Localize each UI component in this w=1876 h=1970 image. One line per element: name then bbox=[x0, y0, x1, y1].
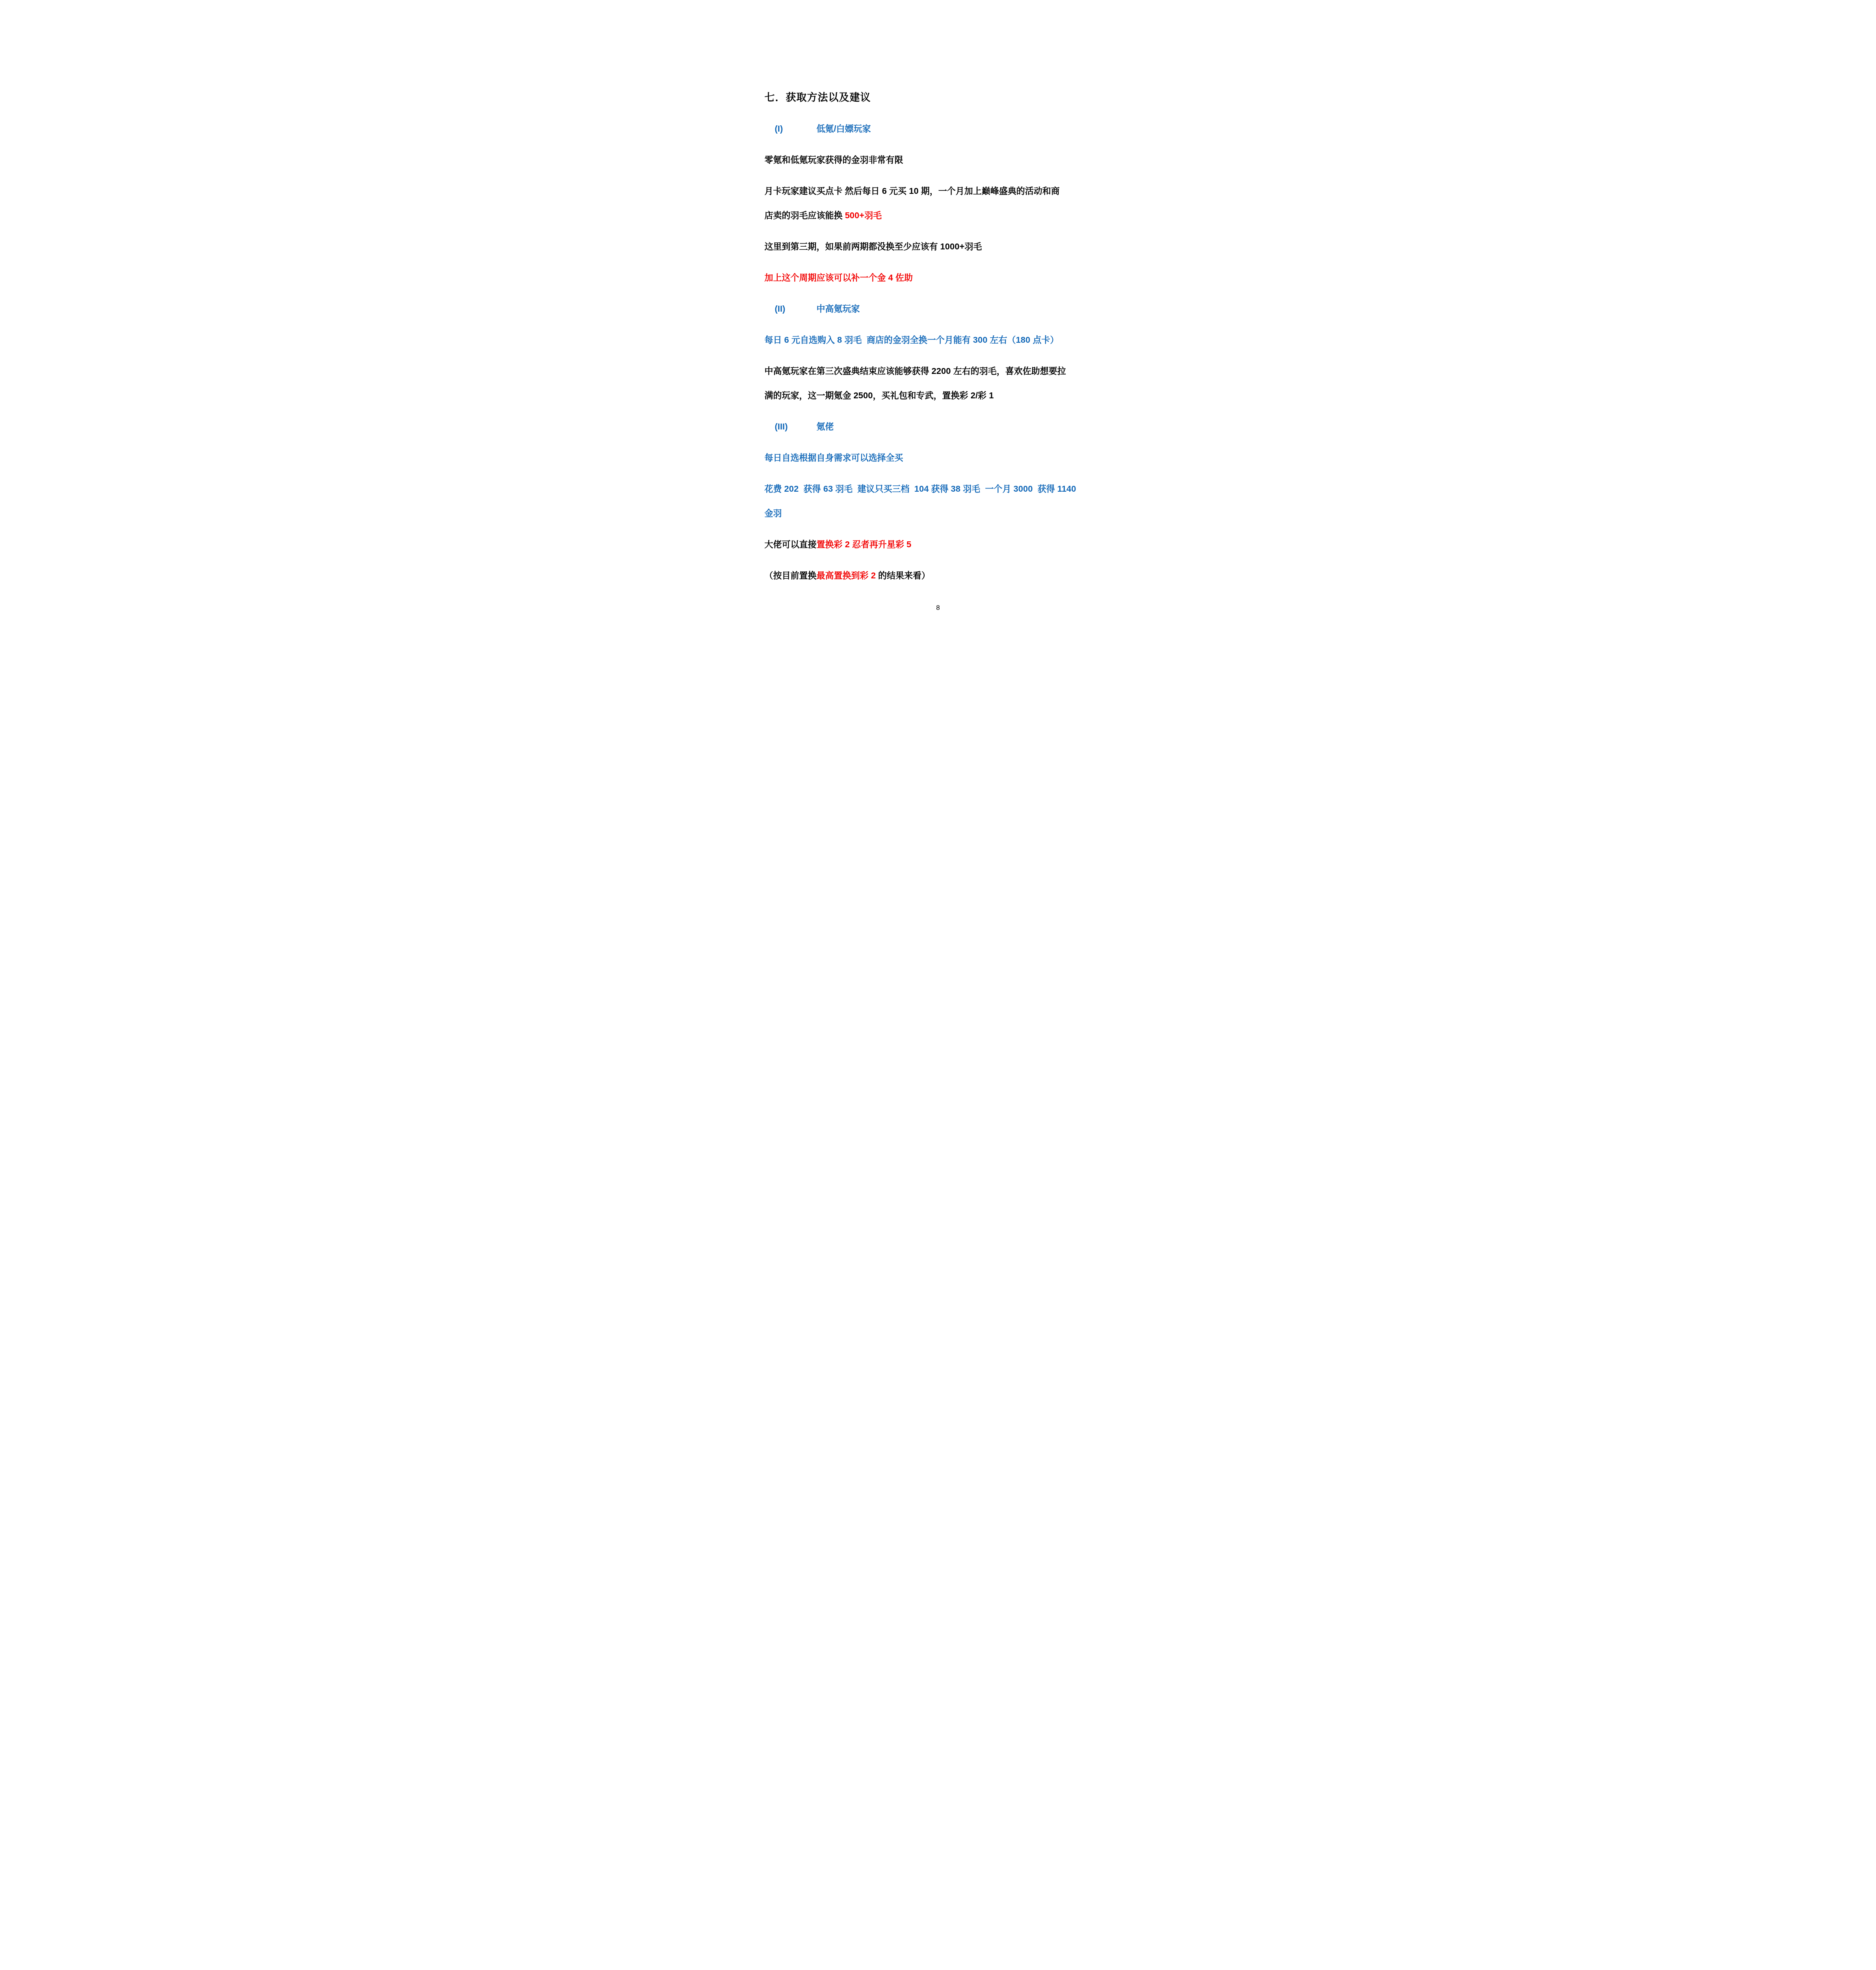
text-segment: 中高氪玩家在第三次盛典结束应该能够获得 2200 左右的羽毛，喜欢佐助想要拉 bbox=[765, 366, 1066, 376]
text-segment: 花费 202 获得 63 羽毛 建议只买三档 104 获得 38 羽毛 一个月 … bbox=[765, 484, 1076, 494]
paragraph-line: 每日自选根据自身需求可以选择全买 bbox=[765, 446, 1111, 470]
text-segment: 月卡玩家建议买点卡 然后每日 6 元买 10 期，一个月加上巅峰盛典的活动和商 bbox=[765, 186, 1060, 196]
section-heading: (II)中高氪玩家 bbox=[765, 297, 1111, 321]
paragraph-line: （按目前置换最高置换到彩 2 的结果来看） bbox=[765, 563, 1111, 588]
text-segment: 置换彩 2 忍者再升星彩 5 bbox=[817, 539, 912, 549]
document-page: 七．获取方法以及建议(I)低氪/白嫖玩家零氪和低氪玩家获得的金羽非常有限月卡玩家… bbox=[704, 0, 1173, 663]
paragraph-line: 这里到第三期，如果前两期都没换至少应该有 1000+羽毛 bbox=[765, 234, 1111, 259]
paragraph-line: 中高氪玩家在第三次盛典结束应该能够获得 2200 左右的羽毛，喜欢佐助想要拉 bbox=[765, 359, 1111, 383]
page-number: 8 bbox=[704, 602, 1173, 614]
text-segment: 金羽 bbox=[765, 508, 782, 518]
text-segment: 中高氪玩家 bbox=[817, 304, 860, 314]
text-segment: 的结果来看） bbox=[878, 571, 930, 580]
text-segment: 低氪/白嫖玩家 bbox=[817, 124, 871, 134]
paragraph-line: 满的玩家，这一期氪金 2500，买礼包和专武，置换彩 2/彩 1 bbox=[765, 383, 1111, 408]
text-segment: 这里到第三期，如果前两期都没换至少应该有 1000+羽毛 bbox=[765, 242, 982, 251]
paragraph-line: 店卖的羽毛应该能换 500+羽毛 bbox=[765, 203, 1111, 228]
text-segment: 大佬可以直接 bbox=[765, 539, 817, 549]
text-segment: （按目前置换 bbox=[765, 571, 817, 580]
text-segment: 零氪和低氪玩家获得的金羽非常有限 bbox=[765, 155, 903, 165]
section-numeral: (II) bbox=[765, 297, 817, 321]
paragraph-line: 大佬可以直接置换彩 2 忍者再升星彩 5 bbox=[765, 532, 1111, 557]
text-segment: 每日自选根据自身需求可以选择全买 bbox=[765, 453, 903, 463]
text-segment: 七．获取方法以及建议 bbox=[765, 91, 871, 103]
section-numeral: (III) bbox=[765, 414, 817, 439]
document-title: 七．获取方法以及建议 bbox=[765, 85, 1111, 110]
paragraph-line: 金羽 bbox=[765, 501, 1111, 526]
text-segment: 每日 6 元自选购入 8 羽毛 商店的金羽全换一个月能有 300 左右（180 … bbox=[765, 335, 1059, 345]
text-segment: 加上这个周期应该可以补一个金 4 佐助 bbox=[765, 273, 913, 282]
text-segment: 氪佬 bbox=[817, 422, 834, 431]
section-heading: (I)低氪/白嫖玩家 bbox=[765, 117, 1111, 141]
text-segment: 店卖的羽毛应该能换 bbox=[765, 210, 845, 220]
text-segment: 满的玩家，这一期氪金 2500，买礼包和专武，置换彩 2/彩 1 bbox=[765, 390, 994, 400]
paragraph-line: 加上这个周期应该可以补一个金 4 佐助 bbox=[765, 266, 1111, 290]
paragraph-line: 每日 6 元自选购入 8 羽毛 商店的金羽全换一个月能有 300 左右（180 … bbox=[765, 328, 1111, 352]
text-segment: 500+羽毛 bbox=[845, 210, 882, 220]
document-content: 七．获取方法以及建议(I)低氪/白嫖玩家零氪和低氪玩家获得的金羽非常有限月卡玩家… bbox=[765, 85, 1111, 588]
paragraph-line: 零氪和低氪玩家获得的金羽非常有限 bbox=[765, 148, 1111, 172]
section-numeral: (I) bbox=[765, 117, 817, 141]
section-heading: (III)氪佬 bbox=[765, 414, 1111, 439]
paragraph-line: 月卡玩家建议买点卡 然后每日 6 元买 10 期，一个月加上巅峰盛典的活动和商 bbox=[765, 179, 1111, 203]
paragraph-line: 花费 202 获得 63 羽毛 建议只买三档 104 获得 38 羽毛 一个月 … bbox=[765, 477, 1111, 501]
text-segment: 最高置换到彩 2 bbox=[817, 571, 878, 580]
